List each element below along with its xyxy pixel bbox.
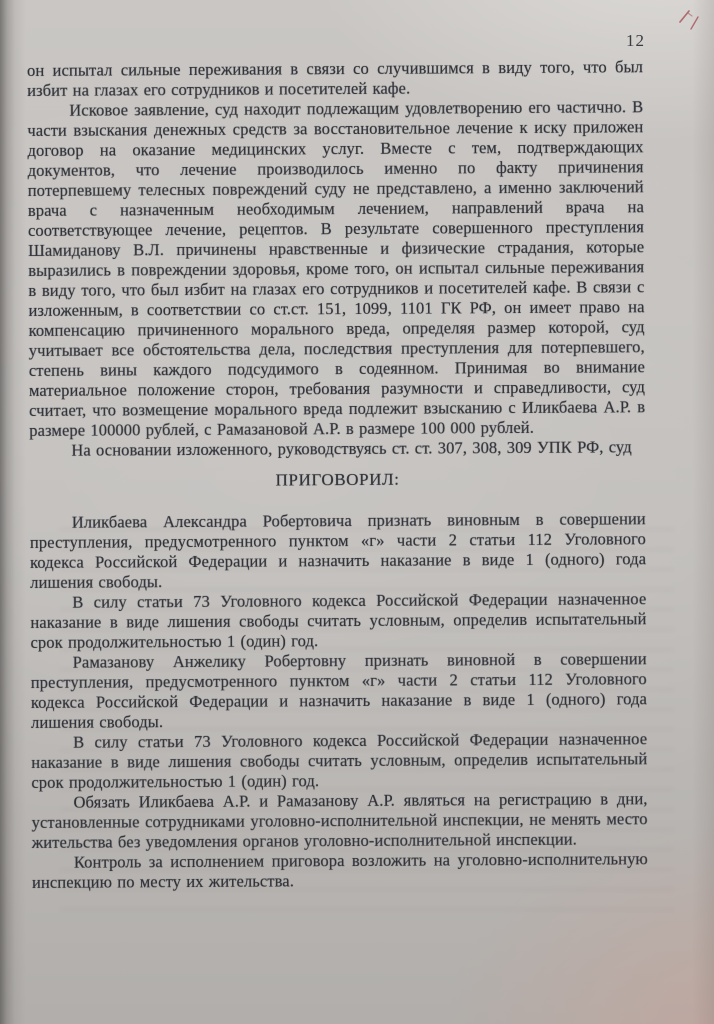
paragraph-ramazanova-sentence: Рамазанову Анжелику Робертовну признать …	[31, 649, 647, 733]
page-number: 12	[626, 31, 645, 51]
paragraph-civil-claim-reasoning: Исковое заявление, суд находит подлежащи…	[27, 97, 645, 441]
document-text: он испытал сильные переживания в связи с…	[27, 57, 648, 893]
paragraph-ilikbaev-sentence: Иликбаева Александра Робертовича признат…	[30, 509, 646, 593]
paragraph-ilikbaev-probation: В силу статьи 73 Уголовного кодекса Росс…	[30, 589, 646, 653]
paragraph-moral-suffering-continuation: он испытал сильные переживания в связи с…	[27, 57, 643, 101]
red-pen-mark-icon	[676, 7, 706, 35]
paragraph-supervision-control: Контроль за исполнением приговора возлож…	[32, 849, 648, 893]
paragraph-legal-basis: На основании изложенного, руководствуясь…	[29, 437, 645, 461]
paragraph-registration-obligation: Обязать Иликбаева А.Р. и Рамазанову А.Р.…	[31, 789, 647, 853]
document-photo: 12 он испытал сильные переживания в связ…	[0, 0, 714, 1024]
page-left-edge-shadow	[0, 0, 26, 1024]
page-right-edge-shadow	[692, 0, 714, 1024]
verdict-heading: ПРИГОВОРИЛ:	[30, 468, 646, 492]
paragraph-ramazanova-probation: В силу статьи 73 Уголовного кодекса Росс…	[31, 729, 647, 793]
